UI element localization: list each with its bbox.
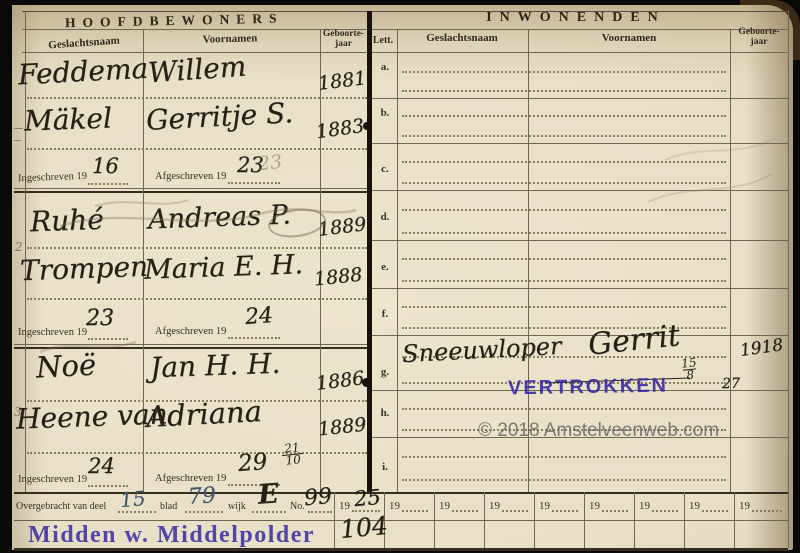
edge-fragment-line xyxy=(14,128,23,129)
ink-blob xyxy=(363,122,371,130)
edge-fragment-line xyxy=(14,140,21,141)
ink-blob xyxy=(362,378,371,387)
pencil-ghost-strokes xyxy=(0,0,800,553)
edge-fragment: 2 xyxy=(15,240,23,254)
edge-fragment: 3 xyxy=(14,405,22,419)
register-photo: HOOFDBEWONERS INWONENDEN Geslachtsnaam V… xyxy=(0,0,800,553)
